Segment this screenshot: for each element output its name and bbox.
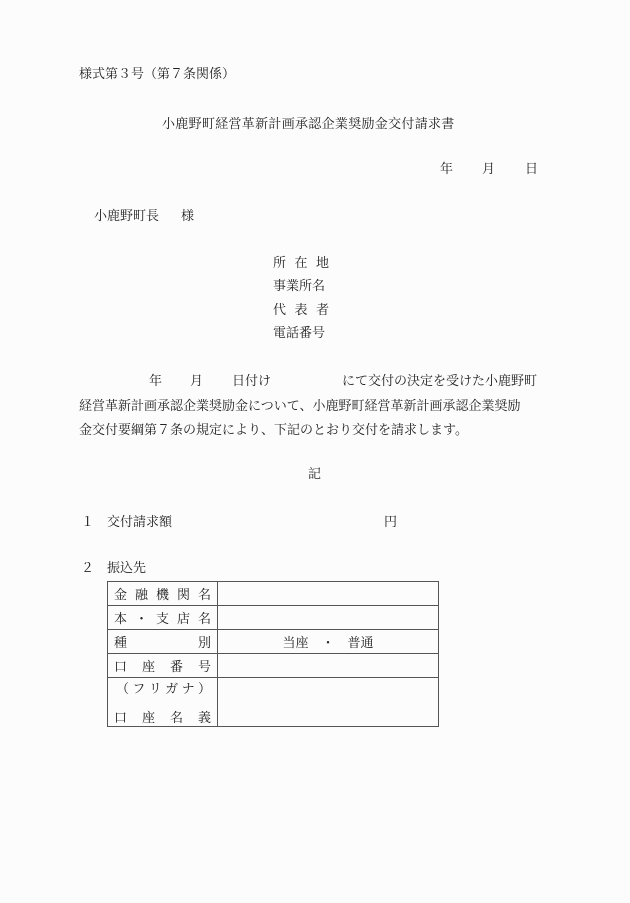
body-month: 月 — [190, 375, 203, 388]
account-number-label: 口 座 番 号 — [108, 654, 218, 678]
body-line1-rest: にて交付の決定を受けた小鹿野町 — [342, 375, 537, 388]
applicant-phone-label: 電話番号 — [273, 327, 329, 340]
furigana-label: （ フ リ ガ ナ ） — [114, 678, 211, 697]
date-month: 月 — [482, 163, 495, 176]
table-row-branch-name: 本 ・ 支 店 名 — [108, 606, 439, 630]
applicant-business-name-label: 事業所名 — [273, 280, 329, 293]
account-holder-label: （ フ リ ガ ナ ） 口 座 名 義 — [108, 678, 218, 727]
body-dated: 日付け — [232, 375, 271, 388]
item-2-transfer-destination: ２ 振込先 — [81, 562, 94, 575]
document-title: 小鹿野町経営革新計画承認企業奨励金交付請求書 — [162, 118, 455, 131]
date-day: 日 — [525, 163, 538, 176]
applicant-representative-label: 代 表 者 — [273, 304, 329, 317]
addressee: 小鹿野町長様 — [94, 210, 194, 223]
item-2-number: ２ — [81, 561, 94, 576]
form-number: 様式第３号（第７条関係） — [79, 68, 235, 81]
item-1-number: １ — [81, 516, 94, 529]
table-row-account-number: 口 座 番 号 — [108, 654, 439, 678]
bank-name-field[interactable] — [218, 582, 439, 606]
table-row-account-type: 種 別 当座 ・ 普通 — [108, 630, 439, 654]
paragraph-line-2: 経営革新計画承認企業奨励金について、小鹿野町経営革新計画承認企業奨励 — [79, 400, 520, 413]
bank-name-label: 金 融 機 関 名 — [108, 582, 218, 606]
table-row-bank-name: 金 融 機 関 名 — [108, 582, 439, 606]
branch-name-field[interactable] — [218, 606, 439, 630]
addressee-name: 小鹿野町長 — [94, 209, 159, 224]
account-holder-name-label: 口 座 名 義 — [114, 707, 211, 726]
date-year: 年 — [440, 163, 453, 176]
account-type-options[interactable]: 当座 ・ 普通 — [218, 630, 439, 654]
item-2-label: 振込先 — [107, 562, 146, 575]
branch-name-label: 本 ・ 支 店 名 — [108, 606, 218, 630]
addressee-honorific: 様 — [181, 209, 194, 224]
bank-account-table: 金 融 機 関 名 本 ・ 支 店 名 種 別 当座 — [107, 581, 439, 727]
account-number-field[interactable] — [218, 654, 439, 678]
ki-heading: 記 — [308, 468, 321, 481]
body-year: 年 — [149, 375, 162, 388]
applicant-address-label: 所 在 地 — [273, 257, 329, 270]
paragraph-line-3: 金交付要綱第７条の規定により、下記のとおり交付を請求します。 — [79, 424, 468, 437]
item-1-label: 交付請求額 — [107, 516, 172, 529]
table-row-account-holder: （ フ リ ガ ナ ） 口 座 名 義 — [108, 678, 439, 727]
account-holder-field[interactable] — [218, 678, 439, 727]
account-type-label: 種 別 — [108, 630, 218, 654]
item-1-unit: 円 — [384, 516, 397, 529]
